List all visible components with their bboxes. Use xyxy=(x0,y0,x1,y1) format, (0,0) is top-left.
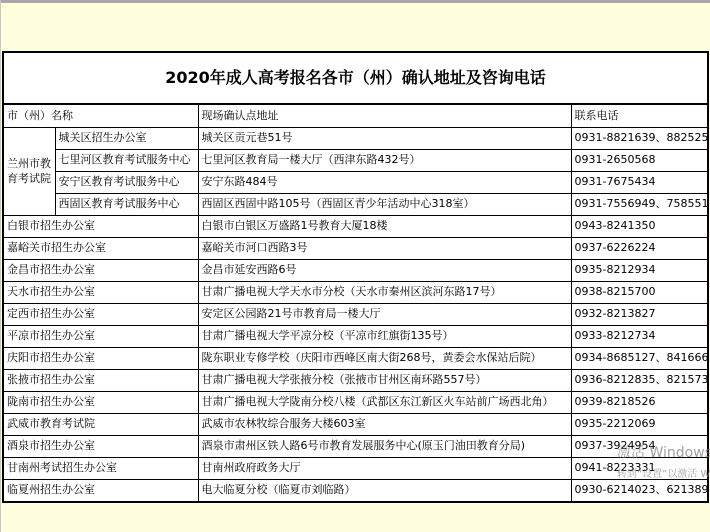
city-name-cell: 天水市招生办公室 xyxy=(3,282,198,304)
table-row: 安宁区教育考试服务中心 安宁东路484号 0931-7675434 xyxy=(3,172,708,194)
page-title: 2020年成人高考报名各市（州）确认地址及咨询电话 xyxy=(3,52,708,104)
address-cell: 陇东职业专修学校（庆阳市西峰区南大街268号，黄委会水保站后院） xyxy=(198,348,571,370)
address-cell: 金昌市延安西路6号 xyxy=(198,260,571,282)
address-cell: 武威市农林牧综合服务大楼603室 xyxy=(198,414,571,436)
city-name-cell: 酒泉市招生办公室 xyxy=(3,436,198,458)
city-group-cell: 兰州市教育考试院 xyxy=(3,128,55,216)
title-row: 2020年成人高考报名各市（州）确认地址及咨询电话 xyxy=(3,52,708,104)
address-cell: 七里河区教育局一楼大厅（西津东路432号） xyxy=(198,150,571,172)
address-cell: 安宁东路484号 xyxy=(198,172,571,194)
office-cell: 安宁区教育考试服务中心 xyxy=(55,172,198,194)
col-header-address: 现场确认点地址 xyxy=(198,104,571,128)
table-row: 临夏州招生办公室 电大临夏分校（临夏市刘临路） 0930-6214023、621… xyxy=(3,480,708,503)
table-row: 天水市招生办公室 甘肃广播电视大学天水市分校（天水市秦州区滨河东路17号） 09… xyxy=(3,282,708,304)
table-row: 金昌市招生办公室 金昌市延安西路6号 0935-8212934 xyxy=(3,260,708,282)
city-name-cell: 庆阳市招生办公室 xyxy=(3,348,198,370)
address-cell: 甘肃广播电视大学平凉分校（平凉市红旗街135号） xyxy=(198,326,571,348)
city-name-cell: 张掖市招生办公室 xyxy=(3,370,198,392)
address-cell: 酒泉市肃州区铁人路6号市教育发展服务中心(原玉门油田教育分局) xyxy=(198,436,571,458)
phone-cell: 0931-8821639、8825256 xyxy=(571,128,708,150)
window-top-edge xyxy=(0,0,710,3)
table-row: 兰州市教育考试院 城关区招生办公室 城关区贡元巷51号 0931-8821639… xyxy=(3,128,708,150)
phone-cell: 0937-6226224 xyxy=(571,238,708,260)
city-name-cell: 甘南州考试招生办公室 xyxy=(3,458,198,480)
address-cell: 甘肃广播电视大学陇南分校八楼（武都区东江新区火车站前广场西北角） xyxy=(198,392,571,414)
phone-cell: 0938-8215700 xyxy=(571,282,708,304)
phone-cell: 0933-8212734 xyxy=(571,326,708,348)
table-row: 七里河区教育考试服务中心 七里河区教育局一楼大厅（西津东路432号） 0931-… xyxy=(3,150,708,172)
city-name-cell: 陇南市招生办公室 xyxy=(3,392,198,414)
phone-cell: 0932-8213827 xyxy=(571,304,708,326)
table-row: 西固区教育考试服务中心 西固区西固中路105号（西固区青少年活动中心318室） … xyxy=(3,194,708,216)
phone-cell: 0931-7675434 xyxy=(571,172,708,194)
table-row: 庆阳市招生办公室 陇东职业专修学校（庆阳市西峰区南大街268号，黄委会水保站后院… xyxy=(3,348,708,370)
phone-cell: 0930-6214023、6213894 xyxy=(571,480,708,503)
table-row: 陇南市招生办公室 甘肃广播电视大学陇南分校八楼（武都区东江新区火车站前广场西北角… xyxy=(3,392,708,414)
address-cell: 白银市白银区万盛路1号教育大厦18楼 xyxy=(198,216,571,238)
office-cell: 西固区教育考试服务中心 xyxy=(55,194,198,216)
city-name-cell: 白银市招生办公室 xyxy=(3,216,198,238)
table-row: 武威市教育考试院 武威市农林牧综合服务大楼603室 0935-2212069 xyxy=(3,414,708,436)
phone-cell: 0935-8212934 xyxy=(571,260,708,282)
table-row: 嘉峪关市招生办公室 嘉峪关市河口西路3号 0937-6226224 xyxy=(3,238,708,260)
city-name-cell: 临夏州招生办公室 xyxy=(3,480,198,503)
city-name-cell: 平凉市招生办公室 xyxy=(3,326,198,348)
office-cell: 城关区招生办公室 xyxy=(55,128,198,150)
document-page: 2020年成人高考报名各市（州）确认地址及咨询电话 市（州）名称 现场确认点地址… xyxy=(0,0,710,532)
table-row: 酒泉市招生办公室 酒泉市肃州区铁人路6号市教育发展服务中心(原玉门油田教育分局)… xyxy=(3,436,708,458)
table-row: 定西市招生办公室 安定区公园路21号市教育局一楼大厅 0932-8213827 xyxy=(3,304,708,326)
table-row: 白银市招生办公室 白银市白银区万盛路1号教育大厦18楼 0943-8241350 xyxy=(3,216,708,238)
address-cell: 城关区贡元巷51号 xyxy=(198,128,571,150)
phone-cell: 0941-8223331 xyxy=(571,458,708,480)
phone-cell: 0943-8241350 xyxy=(571,216,708,238)
table-row: 甘南州考试招生办公室 甘南州政府政务大厅 0941-8223331 xyxy=(3,458,708,480)
address-cell: 甘南州政府政务大厅 xyxy=(198,458,571,480)
table-row: 平凉市招生办公室 甘肃广播电视大学平凉分校（平凉市红旗街135号） 0933-8… xyxy=(3,326,708,348)
address-cell: 电大临夏分校（临夏市刘临路） xyxy=(198,480,571,503)
phone-cell: 0939-8218526 xyxy=(571,392,708,414)
address-cell: 安定区公园路21号市教育局一楼大厅 xyxy=(198,304,571,326)
phone-cell: 0936-8212835、8215733 xyxy=(571,370,708,392)
address-cell: 嘉峪关市河口西路3号 xyxy=(198,238,571,260)
phone-cell: 0931-2650568 xyxy=(571,150,708,172)
phone-cell: 0937-3924954 xyxy=(571,436,708,458)
phone-cell: 0934-8685127、8416661 xyxy=(571,348,708,370)
phone-cell: 0935-2212069 xyxy=(571,414,708,436)
address-cell: 甘肃广播电视大学天水市分校（天水市秦州区滨河东路17号） xyxy=(198,282,571,304)
city-name-cell: 金昌市招生办公室 xyxy=(3,260,198,282)
address-cell: 甘肃广播电视大学张掖分校（张掖市甘州区南环路557号） xyxy=(198,370,571,392)
window-left-edge xyxy=(0,0,1,532)
confirmation-table: 2020年成人高考报名各市（州）确认地址及咨询电话 市（州）名称 现场确认点地址… xyxy=(2,51,709,503)
header-row: 市（州）名称 现场确认点地址 联系电话 xyxy=(3,104,708,128)
col-header-phone: 联系电话 xyxy=(571,104,708,128)
city-name-cell: 武威市教育考试院 xyxy=(3,414,198,436)
city-name-cell: 定西市招生办公室 xyxy=(3,304,198,326)
phone-cell: 0931-7556949、7585518 xyxy=(571,194,708,216)
office-cell: 七里河区教育考试服务中心 xyxy=(55,150,198,172)
city-name-cell: 嘉峪关市招生办公室 xyxy=(3,238,198,260)
table-row: 张掖市招生办公室 甘肃广播电视大学张掖分校（张掖市甘州区南环路557号） 093… xyxy=(3,370,708,392)
col-header-city: 市（州）名称 xyxy=(3,104,198,128)
address-cell: 西固区西固中路105号（西固区青少年活动中心318室） xyxy=(198,194,571,216)
